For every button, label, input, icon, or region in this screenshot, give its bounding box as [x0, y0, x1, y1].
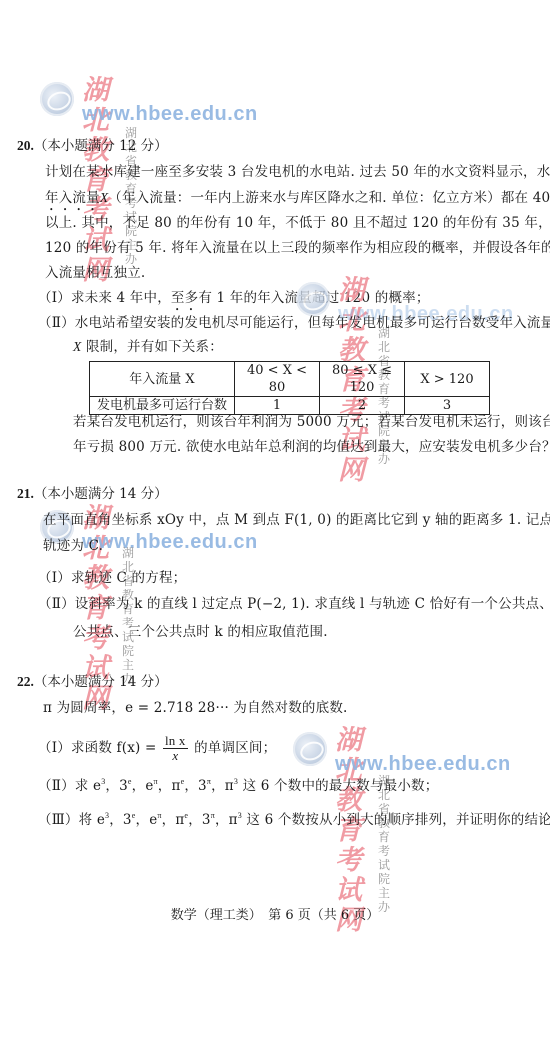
fraction-ln-x-over-x: ln xx	[163, 734, 188, 763]
q21-part2-text: 设斜率为 k 的直线 l 过定点 P(−2, 1). 求直线 l 与轨迹 C 恰…	[75, 596, 550, 612]
q20-var-x: X	[100, 190, 108, 205]
q20-heading: 20.（本小题满分 12 分）	[17, 138, 168, 154]
q21-part2-line-1: （Ⅱ）设斜率为 k 的直线 l 过定点 P(−2, 1). 求直线 l 与轨迹 …	[38, 596, 550, 612]
q22-part1-text-a: 求函数 f(x) =	[71, 740, 161, 756]
table-row: 年入流量 X 40 < X < 80 80 ≤ X ≤ 120 X > 120	[90, 362, 490, 397]
q22-number-list: e3，3e，eπ，πe，3π，π3	[97, 812, 242, 828]
watermark-url: www.hbee.edu.cn	[335, 754, 511, 774]
table-header-cell: X > 120	[405, 362, 490, 397]
q20-after-table-line-1: 若某台发电机运行，则该台年利润为 5000 万元；若某台发电机未运行，则该台	[73, 414, 550, 430]
q22-part2-text-a: 求	[75, 778, 93, 794]
fraction-denominator: x	[163, 749, 188, 763]
q20-part1-emphasis: 至多	[171, 290, 198, 306]
q21-line-1: 在平面直角坐标系 xOy 中，点 M 到点 F(1, 0) 的距离比它到 y 轴…	[43, 512, 550, 528]
q20-para-line-4: 120 的年份有 5 年. 将年入流量在以上三段的频率作为相应段的概率，并假设各…	[45, 240, 550, 256]
q22-part2-text-b: 这 6 个数中的最大数与最小数；	[238, 778, 438, 794]
q20-part2-line-2-text: 限制，并有如下关系：	[81, 339, 223, 355]
q21-heading: 21.（本小题满分 14 分）	[17, 486, 168, 502]
table-cell: 2	[320, 397, 405, 415]
q22-part3-label: （Ⅲ）	[38, 812, 79, 828]
q20-para-line-2-text: （年入流量：一年内上游来水与库区降水之和. 单位：亿立方米）都在 40	[108, 190, 550, 206]
globe-logo-icon	[40, 82, 74, 116]
watermark-sponsor: 湖北省教育考试院主办	[122, 546, 135, 686]
q22-heading: 22.（本小题满分 14 分）	[17, 674, 168, 690]
page-footer: 数学（理工类） 第 6 页（共 6 页）	[0, 908, 550, 924]
q22-part2-label: （Ⅱ）	[38, 778, 75, 794]
q22-points: （本小题满分 14 分）	[34, 674, 168, 690]
q22-part1-label: （Ⅰ）	[38, 740, 71, 756]
q21-line-2: 轨迹为 C.	[43, 538, 103, 554]
q20-para-line-3: 以上. 其中，不足 80 的年份有 10 年，不低于 80 且不超过 120 的…	[45, 215, 550, 231]
q20-part1: （Ⅰ）求未来 4 年中，至多有 1 年的年入流量超过 120 的概率；	[38, 290, 430, 314]
table-row: 发电机最多可运行台数 1 2 3	[90, 397, 490, 415]
q22-part3-text-a: 将	[79, 812, 97, 828]
table-header-cell: 80 ≤ X ≤ 120	[320, 362, 405, 397]
q20-part2-line-1: （Ⅱ）水电站希望安装的发电机尽可能运行，但每年发电机最多可运行台数受年入流量	[38, 315, 550, 331]
table-header-cell: 40 < X < 80	[235, 362, 320, 397]
q20-points: （本小题满分 12 分）	[34, 138, 168, 154]
q22-number: 22.	[17, 674, 34, 689]
q20-part1-text-b: 有 1 年的年入流量超过 120 的概率；	[198, 290, 429, 306]
watermark-sponsor: 湖北省教育考试院主办	[378, 774, 391, 914]
table-cell: 1	[235, 397, 320, 415]
globe-logo-icon	[293, 732, 327, 766]
q22-number-list: e3，3e，eπ，πe，3π，π3	[93, 778, 238, 794]
q22-part2: （Ⅱ）求 e3，3e，eπ，πe，3π，π3 这 6 个数中的最大数与最小数；	[38, 774, 438, 794]
q20-part2-line-2: X 限制，并有如下关系：	[73, 339, 223, 355]
fraction-numerator: ln x	[163, 734, 188, 749]
q22-intro: π 为圆周率，e = 2.718 28··· 为自然对数的底数.	[43, 700, 348, 716]
watermark-url: www.hbee.edu.cn	[82, 104, 258, 124]
q20-para-line-2: 年入流量X（年入流量：一年内上游来水与库区降水之和. 单位：亿立方米）都在 40	[45, 190, 550, 214]
q22-part1-text-b: 的单调区间；	[190, 740, 277, 756]
table-cell: 发电机最多可运行台数	[90, 397, 235, 415]
q20-para-line-1: 计划在某水库建一座至多安装 3 台发电机的水电站. 过去 50 年的水文资料显示…	[45, 164, 550, 180]
q20-after-table-line-2: 年亏损 800 万元. 欲使水电站年总利润的均值达到最大，应安装发电机多少台？	[73, 439, 550, 455]
watermark-url: www.hbee.edu.cn	[82, 532, 258, 552]
q20-part1-text-a: 求未来 4 年中，	[71, 290, 171, 306]
q21-part1: （Ⅰ）求轨迹 C 的方程；	[38, 570, 186, 586]
q20-part2-label: （Ⅱ）	[38, 315, 75, 331]
q20-para-line-5: 入流量相互独立.	[45, 265, 145, 281]
q21-points: （本小题满分 14 分）	[34, 486, 168, 502]
q22-part1: （Ⅰ）求函数 f(x) = ln xx 的单调区间；	[38, 730, 276, 766]
q20-relation-table: 年入流量 X 40 < X < 80 80 ≤ X ≤ 120 X > 120 …	[89, 361, 490, 415]
q20-annual-inflow-term: 年入流量	[45, 190, 100, 206]
watermark-site-name: 湖北教育考试网	[335, 726, 364, 936]
q21-number: 21.	[17, 486, 34, 501]
table-header-cell: 年入流量 X	[90, 362, 235, 397]
q21-part2-label: （Ⅱ）	[38, 596, 75, 612]
q22-part3-text-b: 这 6 个数按从小到大的顺序排列，并证明你的结论.	[242, 812, 550, 828]
q20-part2-text: 水电站希望安装的发电机尽可能运行，但每年发电机最多可运行台数受年入流量	[75, 315, 550, 331]
q20-number: 20.	[17, 138, 34, 153]
q20-part1-label: （Ⅰ）	[38, 290, 71, 306]
q21-part1-text: 求轨迹 C 的方程；	[71, 570, 186, 586]
q22-part3: （Ⅲ）将 e3，3e，eπ，πe，3π，π3 这 6 个数按从小到大的顺序排列，…	[38, 808, 550, 828]
table-cell: 3	[405, 397, 490, 415]
q21-part2-line-2: 公共点、三个公共点时 k 的相应取值范围.	[73, 624, 328, 640]
q21-part1-label: （Ⅰ）	[38, 570, 71, 586]
